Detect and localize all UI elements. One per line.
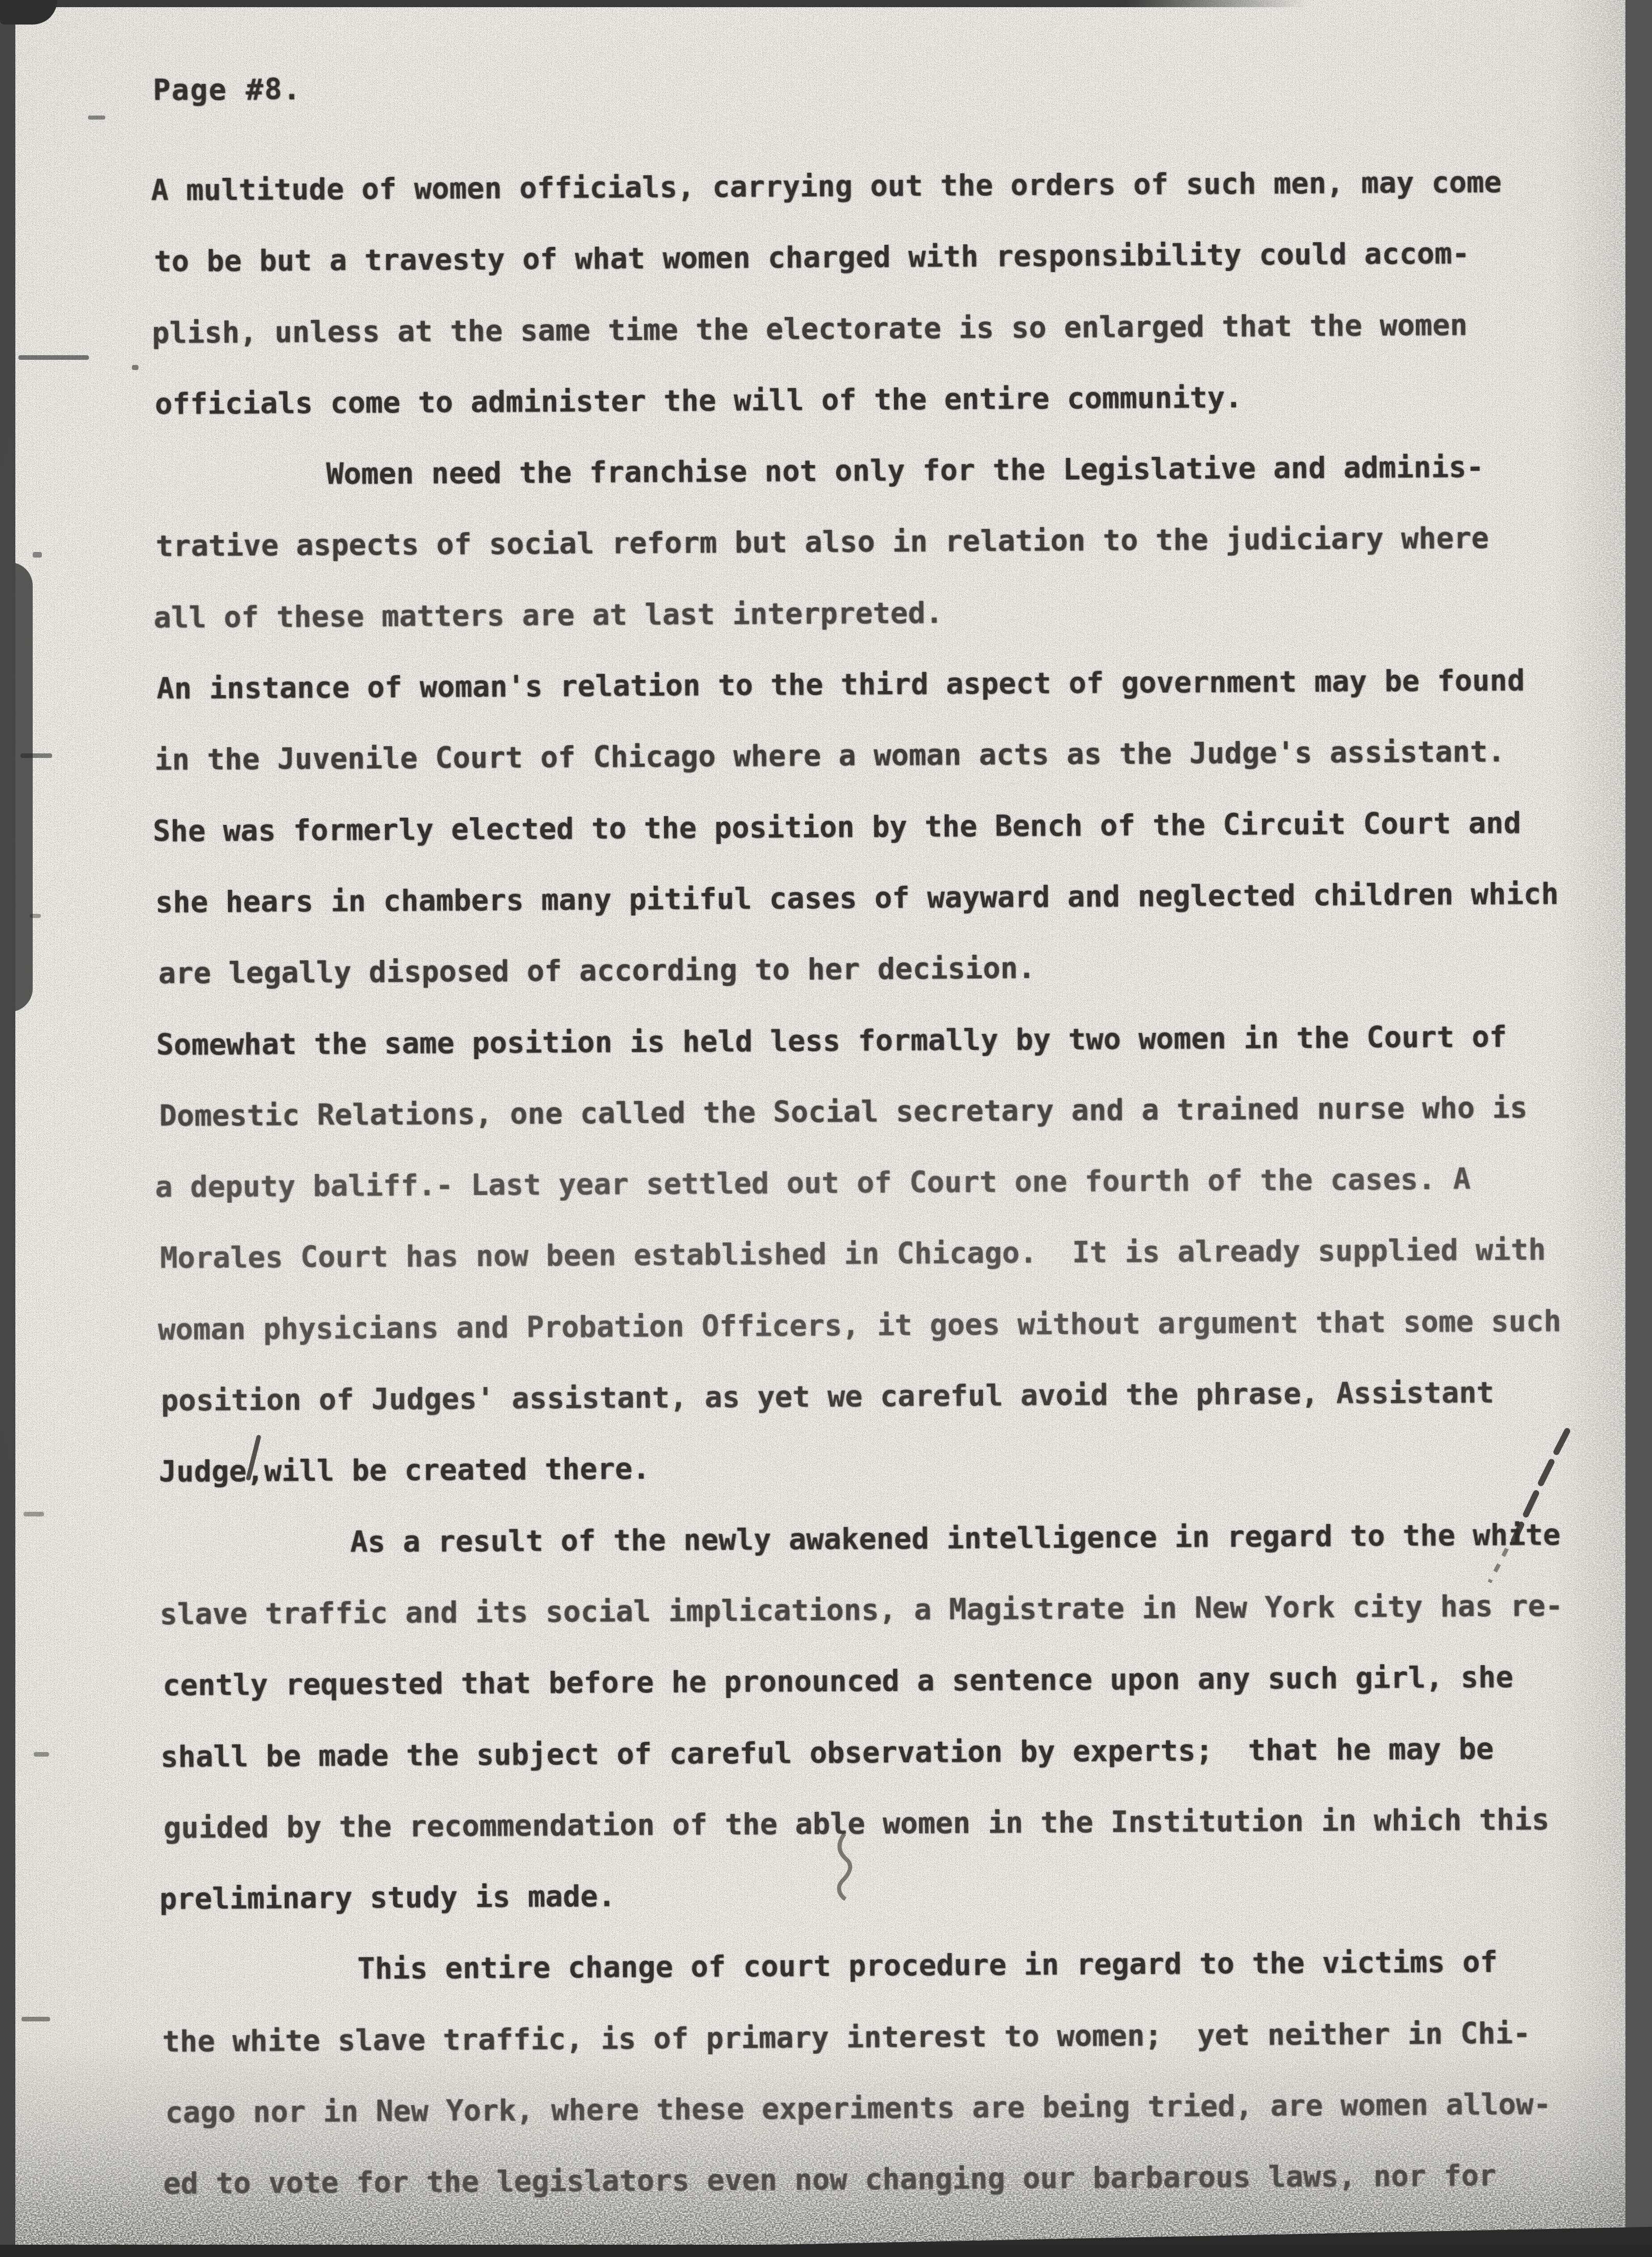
typewritten-line: As a result of the newly awakened intell…: [157, 1499, 1640, 1579]
typewritten-line: She was formerly elected to the position…: [153, 787, 1636, 867]
typewritten-line: Judge,will be created there.: [158, 1427, 1641, 1508]
typewritten-line: Domestic Relations, one called the Socia…: [159, 1072, 1642, 1152]
scan-edge-top: [0, 0, 1309, 7]
margin-mark: [33, 552, 42, 558]
typewritten-line: position of Judges' assistant, as yet we…: [160, 1356, 1643, 1437]
scan-edge-bottom: [0, 2245, 1652, 2257]
typewritten-line: officials come to administer the will of…: [155, 360, 1638, 440]
typewritten-line: Somewhat the same position is held less …: [156, 1001, 1639, 1081]
typewritten-text: A multitude of women officials, carrying…: [151, 146, 1646, 2220]
margin-mark: [18, 355, 89, 360]
typewritten-line: ed to vote for the legislators even now …: [163, 2139, 1646, 2220]
margin-mark: [20, 753, 52, 758]
typewritten-line: she hears in chambers many pitiful cases…: [155, 858, 1638, 938]
typewritten-line: An instance of woman's relation to the t…: [156, 644, 1639, 725]
typewritten-line: guided by the recommendation of the able…: [164, 1784, 1646, 1864]
typewritten-line: all of these matters are at last interpr…: [153, 573, 1636, 654]
typewritten-line: cently requested that before he pronounc…: [163, 1641, 1645, 1721]
scan-edge-left: [0, 0, 15, 2257]
typewritten-line: Women need the franchise not only for th…: [150, 431, 1633, 511]
typewritten-line: This entire change of court procedure in…: [164, 1926, 1647, 2006]
typewritten-line: A multitude of women officials, carrying…: [151, 146, 1634, 226]
typewritten-line: to be but a travesty of what women charg…: [154, 217, 1637, 297]
scanned-document-page: Page #8. A multitude of women officials,…: [0, 0, 1652, 2257]
typewritten-line: the white slave traffic, is of primary i…: [162, 1997, 1645, 2078]
typewritten-line: shall be made the subject of careful obs…: [160, 1713, 1643, 1793]
typewritten-line: trative aspects of social reform but als…: [155, 502, 1638, 583]
margin-mark: [30, 914, 41, 918]
page-number-label: Page #8.: [153, 73, 302, 107]
typewritten-line: slave traffic and its social implication…: [159, 1570, 1642, 1650]
margin-mark: [24, 1512, 44, 1516]
scan-edge-left-bulge: [0, 562, 33, 1012]
typewritten-line: in the Juvenile Court of Chicago where a…: [154, 716, 1637, 796]
typewritten-line: are legally disposed of according to her…: [158, 929, 1641, 1009]
typewritten-line: Morales Court has now been established i…: [160, 1214, 1643, 1295]
margin-mark: [88, 116, 105, 120]
margin-mark: [132, 365, 139, 370]
margin-mark: [34, 1752, 49, 1757]
typewritten-line: woman physicians and Probation Officers,…: [158, 1285, 1641, 1366]
typewritten-line: plish, unless at the same time the elect…: [152, 289, 1635, 369]
typewritten-line: preliminary study is made.: [159, 1855, 1642, 1935]
typewritten-content: Page #8. A multitude of women officials,…: [0, 0, 1652, 2257]
typewritten-line: a deputy baliff.- Last year settled out …: [155, 1143, 1638, 1223]
typewritten-line: cago nor in New York, where these experi…: [165, 2068, 1648, 2149]
margin-mark: [21, 2017, 50, 2021]
scan-edge-right: [1625, 0, 1652, 2257]
